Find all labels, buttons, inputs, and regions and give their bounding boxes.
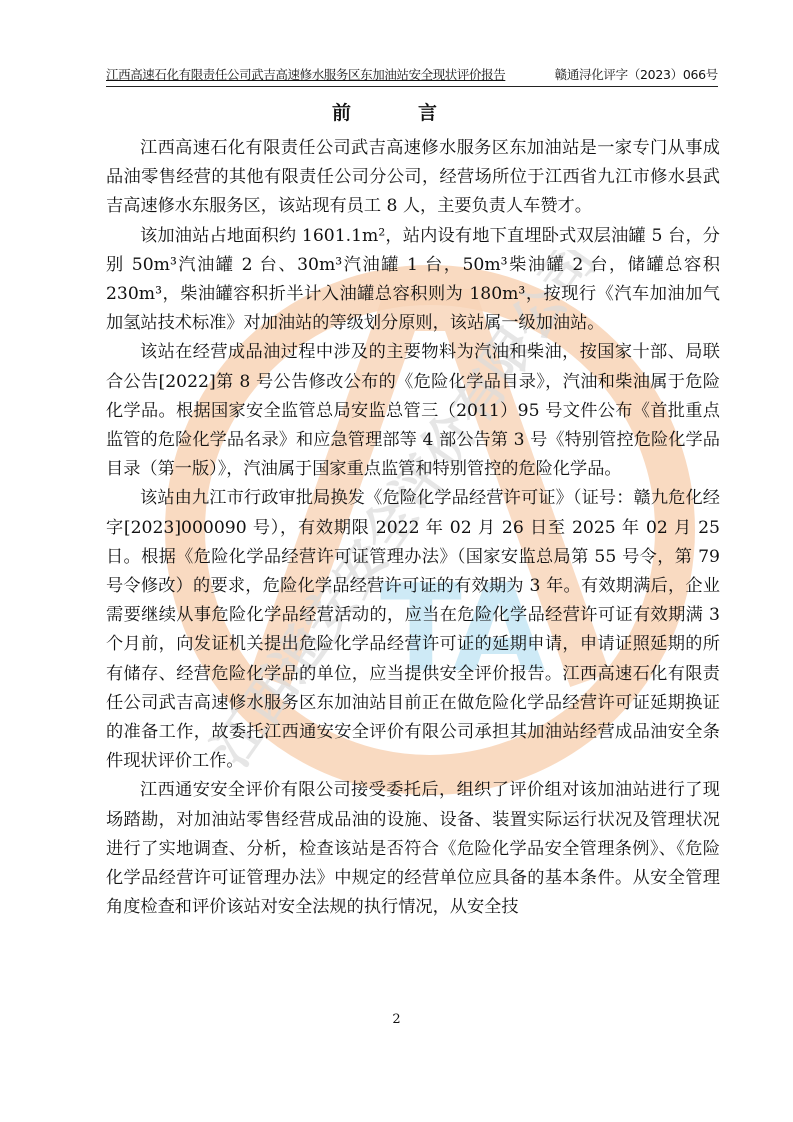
paragraph: 江西高速石化有限责任公司武吉高速修水服务区东加油站是一家专门从事成品油零售经营的… (106, 134, 720, 222)
report-number: 赣通浔化评字（2023）066号 (555, 65, 718, 83)
page-header: 江西高速石化有限责任公司武吉高速修水服务区东加油站安全现状评价报告 赣通浔化评字… (106, 66, 718, 87)
paragraph: 该加油站占地面积约 1601.1m²，站内设有地下直埋卧式双层油罐 5 台，分别… (106, 222, 720, 339)
document-body: 江西高速石化有限责任公司武吉高速修水服务区东加油站是一家专门从事成品油零售经营的… (106, 134, 720, 922)
page-number: 2 (0, 1012, 793, 1027)
report-title: 江西高速石化有限责任公司武吉高速修水服务区东加油站安全现状评价报告 (106, 65, 505, 83)
page-title: 前 言 (0, 98, 793, 125)
paragraph: 该站在经营成品油过程中涉及的主要物料为汽油和柴油，按国家十部、局联合公告[202… (106, 338, 720, 484)
paragraph: 江西通安安全评价有限公司接受委托后，组织了评价组对该加油站进行了现场踏勘，对加油… (106, 776, 720, 922)
paragraph: 该站由九江市行政审批局换发《危险化学品经营许可证》（证号：赣九危化经字[2023… (106, 484, 720, 776)
